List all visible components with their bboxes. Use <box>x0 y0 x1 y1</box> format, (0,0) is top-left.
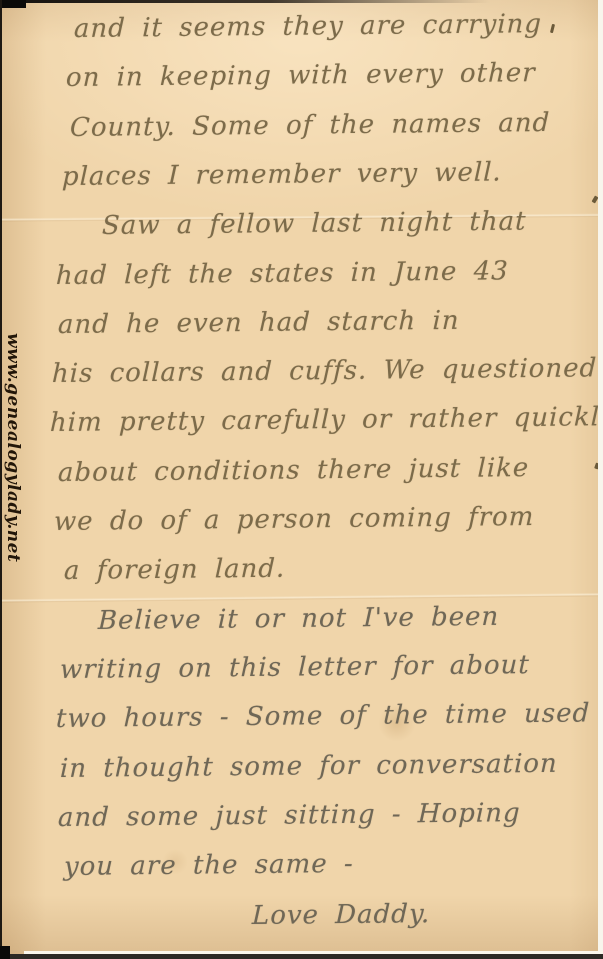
handwritten-line-11: we do of a person coming from <box>54 502 535 537</box>
scanner-edge-top <box>0 0 490 3</box>
handwritten-line-13: Believe it or not I've been <box>98 601 500 635</box>
handwritten-line-3: County. Some of the names and <box>70 108 551 143</box>
handwritten-line-18: you are the same - <box>64 849 354 882</box>
scanned-letter-page: www.genealogylady.net and it seems they … <box>0 0 603 959</box>
handwritten-line-9: him pretty carefully or rather quickly <box>50 402 603 438</box>
scanner-edge-bottom <box>0 954 603 959</box>
handwritten-line-10: about conditions there just like <box>58 453 530 488</box>
scanner-edge-top-corner <box>0 0 26 8</box>
handwritten-line-2: on in keeping with every other <box>66 58 536 93</box>
scanner-edge-right <box>598 0 603 959</box>
scanner-edge-left <box>0 0 2 959</box>
handwritten-line-8: his collars and cuffs. We questioned <box>52 353 598 389</box>
handwritten-line-17: and some just sitting - Hoping <box>58 798 521 833</box>
handwritten-line-15: two hours - Some of the time used <box>56 699 591 735</box>
letter-body: and it seems they are carryingon in keep… <box>0 0 603 959</box>
handwritten-line-5: Saw a fellow last night that <box>102 207 527 241</box>
handwritten-line-12: a foreign land. <box>64 554 286 586</box>
handwritten-line-16: in thought some for conversation <box>60 748 558 783</box>
scanner-edge-bottom-corner <box>0 946 10 959</box>
handwritten-line-7: and he even had starch in <box>58 306 460 340</box>
handwritten-line-1: and it seems they are carrying <box>74 9 543 44</box>
handwritten-line-14: writing on this letter for about <box>60 650 531 685</box>
handwritten-line-6: had left the states in June 43 <box>56 256 509 291</box>
signature-line: Love Daddy. <box>252 900 431 932</box>
handwritten-line-4: places I remember very well. <box>62 157 502 192</box>
